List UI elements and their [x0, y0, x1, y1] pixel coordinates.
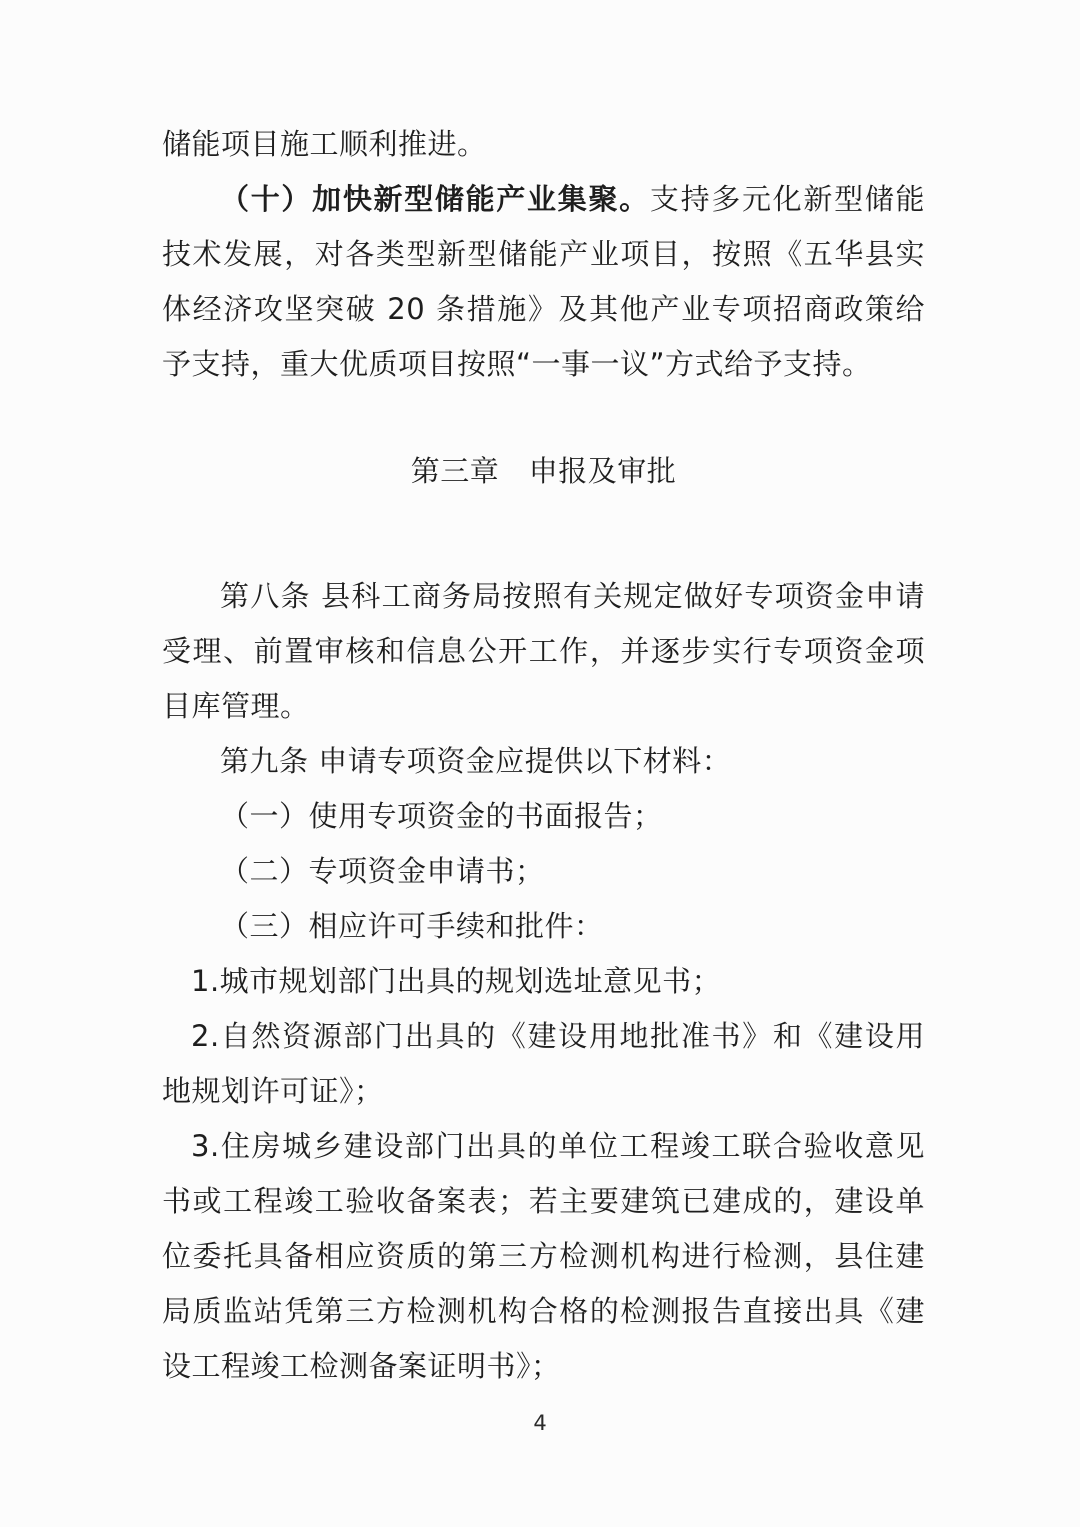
document-page: 储能项目施工顺利推进。（十）加快新型储能产业集聚。支持多元化新型储能技术发展，对… [0, 0, 1080, 1527]
chapter-heading: 第三章 申报及审批 [162, 444, 925, 499]
paragraph: 第九条 申请专项资金应提供以下材料： [162, 734, 925, 789]
document-body: 储能项目施工顺利推进。（十）加快新型储能产业集聚。支持多元化新型储能技术发展，对… [162, 117, 925, 1394]
paragraph: 2.自然资源部门出具的《建设用地批准书》和《建设用地规划许可证》； [162, 1009, 925, 1119]
paragraph: 1.城市规划部门出具的规划选址意见书； [162, 954, 925, 1009]
paragraph: （三）相应许可手续和批件： [162, 899, 925, 954]
paragraph-bold-lead: （十）加快新型储能产业集聚。 [220, 182, 650, 216]
paragraph: 3.住房城乡建设部门出具的单位工程竣工联合验收意见书或工程竣工验收备案表；若主要… [162, 1119, 925, 1394]
paragraph: （二）专项资金申请书； [162, 844, 925, 899]
paragraph: 储能项目施工顺利推进。 [162, 117, 925, 172]
paragraph: 第八条 县科工商务局按照有关规定做好专项资金申请受理、前置审核和信息公开工作，并… [162, 569, 925, 734]
paragraph: （十）加快新型储能产业集聚。支持多元化新型储能技术发展，对各类型新型储能产业项目… [162, 172, 925, 392]
page-footer: 4 [0, 1408, 1080, 1438]
page-number: 4 [533, 1411, 546, 1435]
paragraph: （一）使用专项资金的书面报告； [162, 789, 925, 844]
